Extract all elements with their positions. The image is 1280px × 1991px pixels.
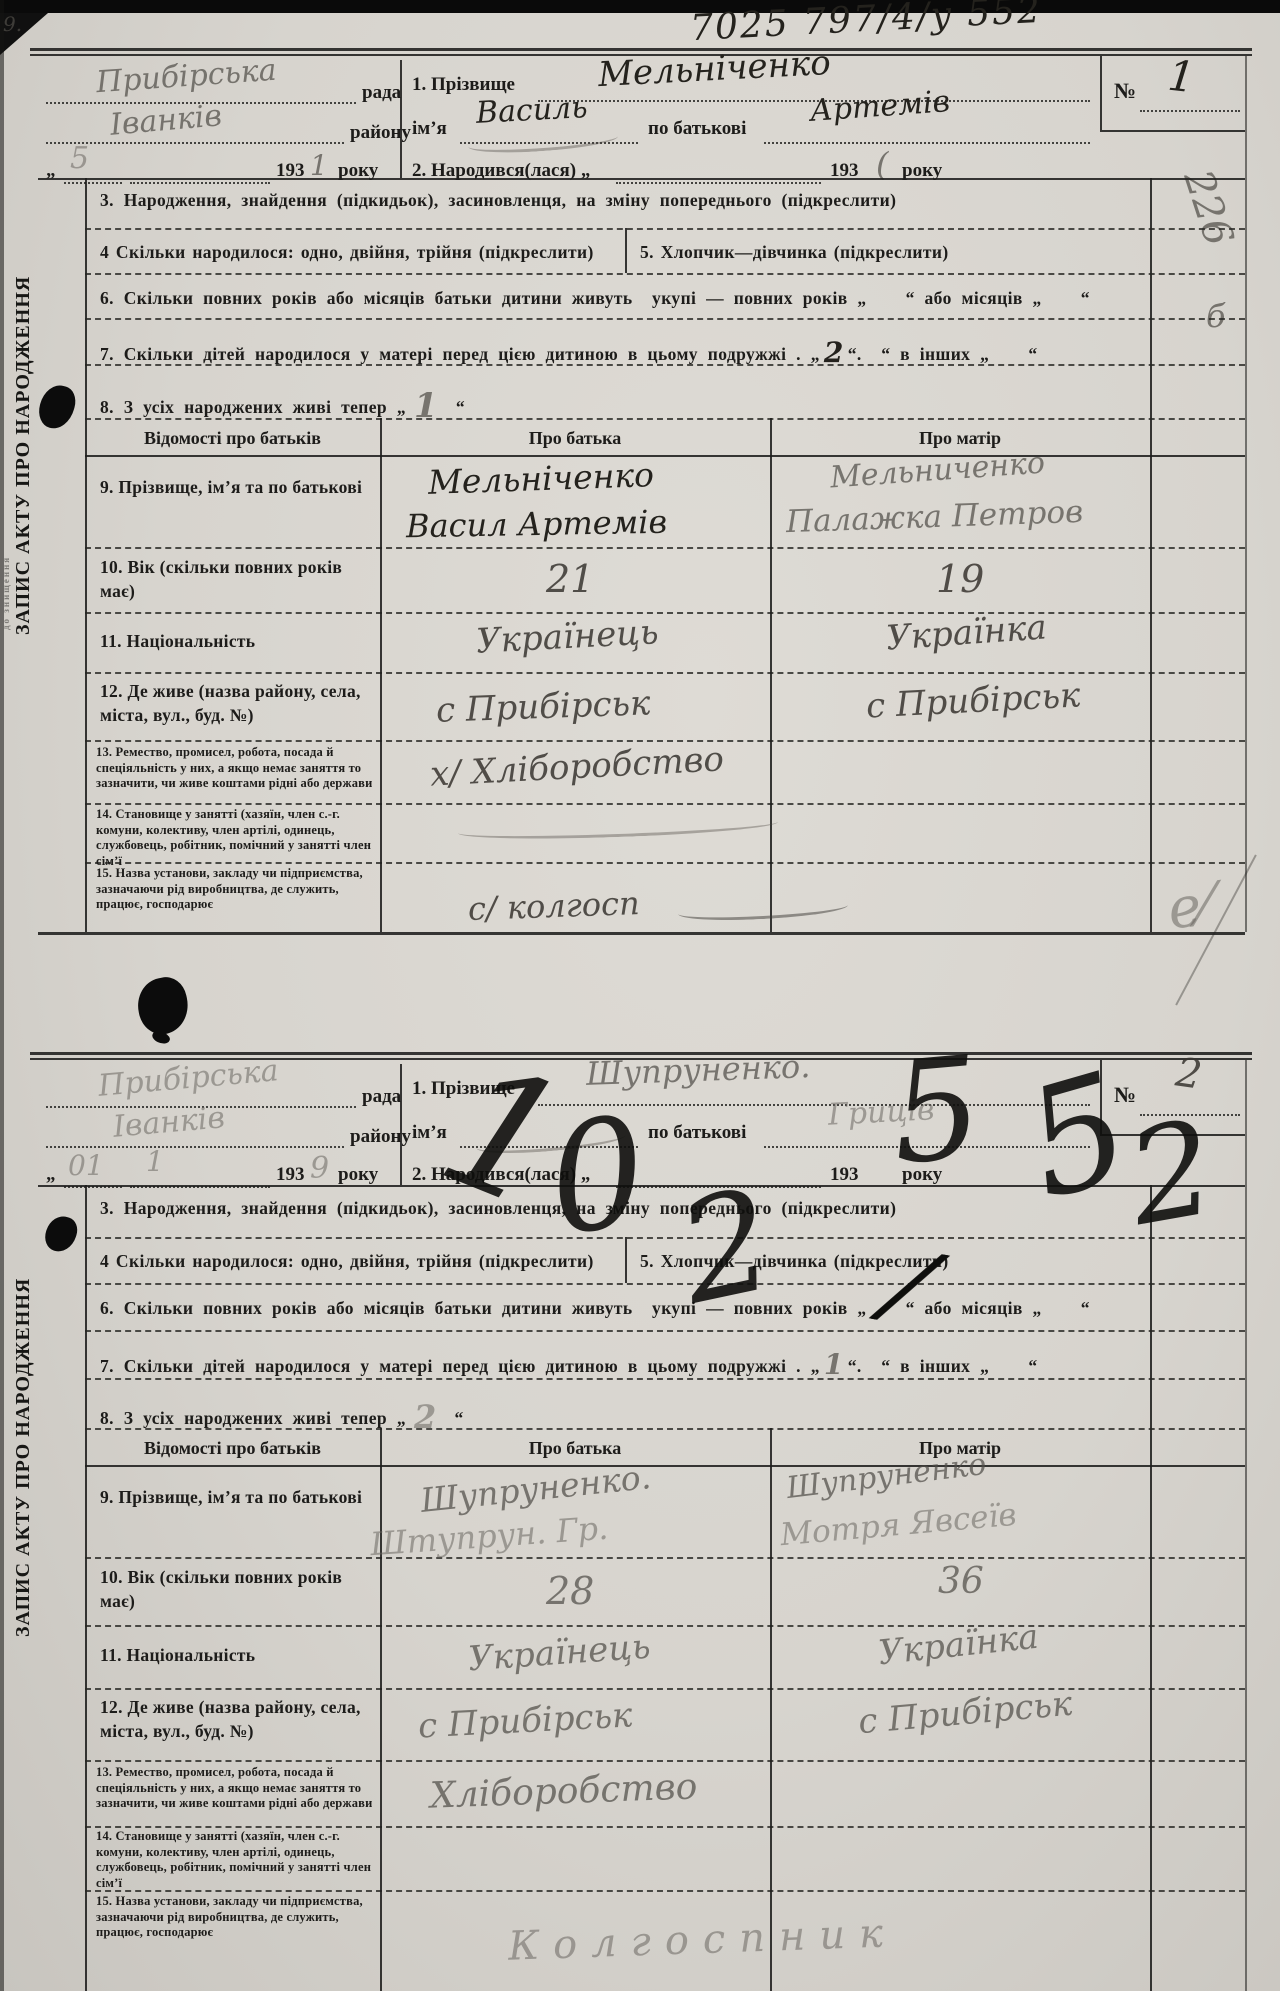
number-sign: № (1114, 78, 1136, 104)
q12-label: 12. Де живе (назва району, села, міста, … (100, 680, 370, 727)
form-right-edge (1245, 56, 1247, 932)
day-value: 01 (68, 1152, 104, 1180)
q15-label: 15. Назва установи, закладу чи підприємс… (96, 1894, 374, 1941)
q14-label: 14. Становище у занятті (хазяїн, член с.… (96, 1829, 374, 1891)
q8-text: 8. З усіх народжених живі тепер „1 “ (100, 382, 465, 423)
roku-label: року (338, 1164, 378, 1187)
row-rule (85, 228, 1245, 230)
side-title-form2: ЗАПИС АКТУ ПРО НАРОДЖЕННЯ (12, 1200, 35, 1715)
mother-name-line2: Мотря Явсеїв (779, 1500, 1018, 1552)
table-header-rule (85, 455, 1245, 457)
record-number: 1 (1166, 55, 1197, 100)
table-col-divider-1 (380, 418, 382, 932)
q8-text: 8. З усіх народжених живі тепер „2 “ (100, 1394, 464, 1432)
q11-label: 11. Національність (100, 630, 365, 654)
month-value: 1 (146, 1148, 164, 1176)
mother-name-line2: Палажка Петров (786, 497, 1084, 538)
header-divider (400, 60, 402, 178)
name-scribble (468, 127, 619, 156)
q5-text: 5. Хлопчик—дівчинка (підкреслити) (640, 242, 949, 263)
day-line (64, 182, 122, 184)
form-right-edge (1245, 1060, 1247, 1991)
q14-label: 14. Становище у занятті (хазяїн, член с.… (96, 807, 374, 869)
table-col-divider-1 (380, 1428, 382, 1991)
scrawl-digit: 2 (1119, 1102, 1223, 1244)
q8-text-a: 8. З усіх народжених живі тепер „ (100, 1408, 406, 1428)
archive-number-note: 7025 797/4/у 552 (689, 0, 1042, 47)
q9-label: 9. Прізвище, ім’я та по батькові (100, 1486, 365, 1510)
question-block-left-edge (85, 178, 87, 932)
raion-line (46, 142, 344, 144)
institution-value: с/ колгосп (467, 887, 640, 925)
alive-now-value: 1 (414, 386, 438, 426)
overwritten-ink-scrawl: 1 0 2 5 5 2 ⁄⁄⁄ (430, 1058, 1240, 1398)
col-header-father: Про батька (380, 1438, 770, 1460)
mother-age: 19 (936, 560, 984, 598)
col-header-parents: Відомості про батьків (85, 1438, 380, 1460)
father-name-line2: Штупрун. Гр. (369, 1512, 609, 1561)
q9-label: 9. Прізвище, ім’я та по батькові (100, 476, 365, 500)
q4-text: 4 Скільки народилося: одно, двійня, трій… (100, 242, 594, 263)
right-margin-divider (1150, 178, 1152, 932)
year-prefix: 193 (276, 1164, 305, 1187)
year-digit: 9 (310, 1154, 329, 1184)
row-rule (85, 1760, 1245, 1762)
mother-residence: с Прибірськ (857, 1687, 1074, 1740)
father-age: 28 (546, 1572, 594, 1610)
question-block-left-edge (85, 1185, 87, 1991)
father-nationality: Українець (467, 1630, 651, 1677)
scan-top-band (0, 0, 1280, 13)
q15-scribble (678, 896, 849, 924)
q1-label: 1. Прізвище (412, 74, 515, 97)
year-digit: 1 (310, 152, 328, 180)
q6-text: 6. Скільки повних років або місяців бать… (100, 288, 1090, 309)
form-top-rule (30, 48, 1252, 51)
ink-blot (133, 973, 194, 1038)
number-box-left (1100, 56, 1102, 130)
q14-faint-scribble (458, 812, 778, 842)
father-nationality: Українець (475, 615, 659, 659)
q7-text: 7. Скільки дітей народилося у матері пер… (100, 334, 1038, 368)
occupation-value: х/ Хліборобство (429, 742, 724, 791)
rada-value: Прибірська (97, 1056, 280, 1102)
father-residence: с Прибірськ (435, 686, 650, 727)
row-rule (85, 318, 1245, 320)
row-rule (85, 1688, 1245, 1690)
q13-label: 13. Ремество, промисел, робота, посада й… (96, 745, 374, 792)
patronymic-line (764, 142, 1090, 144)
col-header-parents: Відомості про батьків (85, 428, 380, 450)
row-rule (85, 1826, 1245, 1828)
day-value: 5 (70, 144, 89, 174)
mother-age: 36 (938, 1564, 984, 1600)
scrawl-digit: 0 (540, 1096, 655, 1258)
scanned-birth-register-page: 9. 7025 797/4/у 552 ЗАПИС АКТУ ПРО НАРОД… (0, 0, 1280, 1991)
born-year-mark: ( (876, 148, 888, 180)
col-header-father: Про батька (380, 428, 770, 450)
q10-label: 10. Вік (скільки повних років має) (100, 1566, 365, 1613)
table-header-rule (85, 1465, 1245, 1467)
q10-label: 10. Вік (скільки повних років має) (100, 556, 365, 603)
rada-label: рада (362, 1086, 401, 1109)
mother-nationality: Українка (877, 1620, 1040, 1671)
imya-label: ім’я (412, 118, 447, 141)
born-date-line (616, 182, 821, 184)
mother-nationality: Українка (885, 610, 1048, 655)
side-title-form1: ЗАПИС АКТУ ПРО НАРОДЖЕННЯ (12, 198, 35, 713)
q7-text-a: 7. Скільки дітей народилося у матері пер… (100, 344, 820, 364)
month-line (130, 182, 270, 184)
q13-label: 13. Ремество, промисел, робота, посада й… (96, 1765, 374, 1812)
rada-value: Прибірська (95, 56, 277, 99)
row-rule (85, 1557, 1245, 1559)
row-rule (85, 612, 1245, 614)
margin-note-2: б (1206, 300, 1226, 332)
date-open-quote: „ (46, 1164, 56, 1187)
po-batkovi-label: по батькові (648, 118, 746, 141)
patronymic-value: Артемів (809, 87, 951, 127)
children-before-value: 2 (824, 336, 844, 369)
institution-value: Колгоспник (507, 1913, 897, 1967)
header-divider (400, 1064, 402, 1185)
q8-text-b: “ (445, 1408, 464, 1428)
side-microtext: до знищення (1, 470, 11, 630)
name-value: Василь (475, 93, 588, 129)
row-rule (85, 547, 1245, 549)
q4-q5-divider (625, 228, 627, 273)
raion-value: Іванків (112, 1103, 226, 1143)
table-col-divider-2 (770, 418, 772, 932)
alive-now-value: 2 (414, 1398, 437, 1436)
q3-text: 3. Народження, знайдення (підкидьок), за… (100, 190, 896, 211)
raion-line (46, 1146, 344, 1148)
raion-value: Іванків (109, 101, 223, 141)
father-name-line2: Васил Артемів (406, 506, 668, 543)
birth-record-form-1: Прибірська рада Іванків району „ 5 193 1… (38, 48, 1246, 932)
q12-label: 12. Де живе (назва району, села, міста, … (100, 1696, 370, 1743)
row-rule (85, 1625, 1245, 1627)
scrawl-strokes: ⁄⁄⁄ (891, 1239, 910, 1338)
mother-residence: с Прибірськ (865, 678, 1081, 723)
q8-text-b: “ (446, 397, 465, 417)
q11-label: 11. Національність (100, 1644, 365, 1668)
row-rule (85, 273, 1245, 275)
scrawl-digit: 2 (668, 1170, 784, 1325)
number-line (1140, 110, 1240, 112)
header-bottom-rule (38, 178, 1245, 180)
rada-label: рада (362, 82, 401, 105)
form-bottom-rule (38, 932, 1245, 935)
father-name-line1: Мельніченко (427, 458, 654, 499)
father-residence: с Прибірськ (417, 1698, 633, 1743)
row-rule (85, 672, 1245, 674)
father-name-line1: Шупруненко. (419, 1460, 653, 1517)
occupation-value: Хліборобство (429, 1769, 697, 1814)
father-age: 21 (546, 560, 594, 598)
col-header-mother: Про матір (770, 428, 1150, 450)
scrawl-digit: 5 (886, 1038, 987, 1185)
surname-value: Мельніченко (597, 46, 831, 92)
corner-handwritten-note: 9. (3, 14, 22, 34)
scan-left-edge (0, 0, 4, 1991)
q8-text-a: 8. З усіх народжених живі тепер „ (100, 397, 406, 417)
q15-label: 15. Назва установи, закладу чи підприємс… (96, 866, 374, 913)
row-rule (85, 803, 1245, 805)
number-box-bottom (1100, 130, 1245, 132)
table-col-divider-2 (770, 1428, 772, 1991)
q7-text-b: “. “ в інших „ “ (848, 344, 1038, 364)
